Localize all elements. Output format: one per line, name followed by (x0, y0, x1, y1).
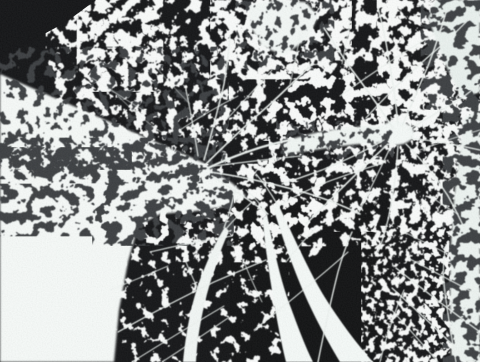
photo-frame (0, 0, 480, 362)
film-grain-overlay (0, 0, 480, 362)
photo-canvas (0, 0, 480, 362)
